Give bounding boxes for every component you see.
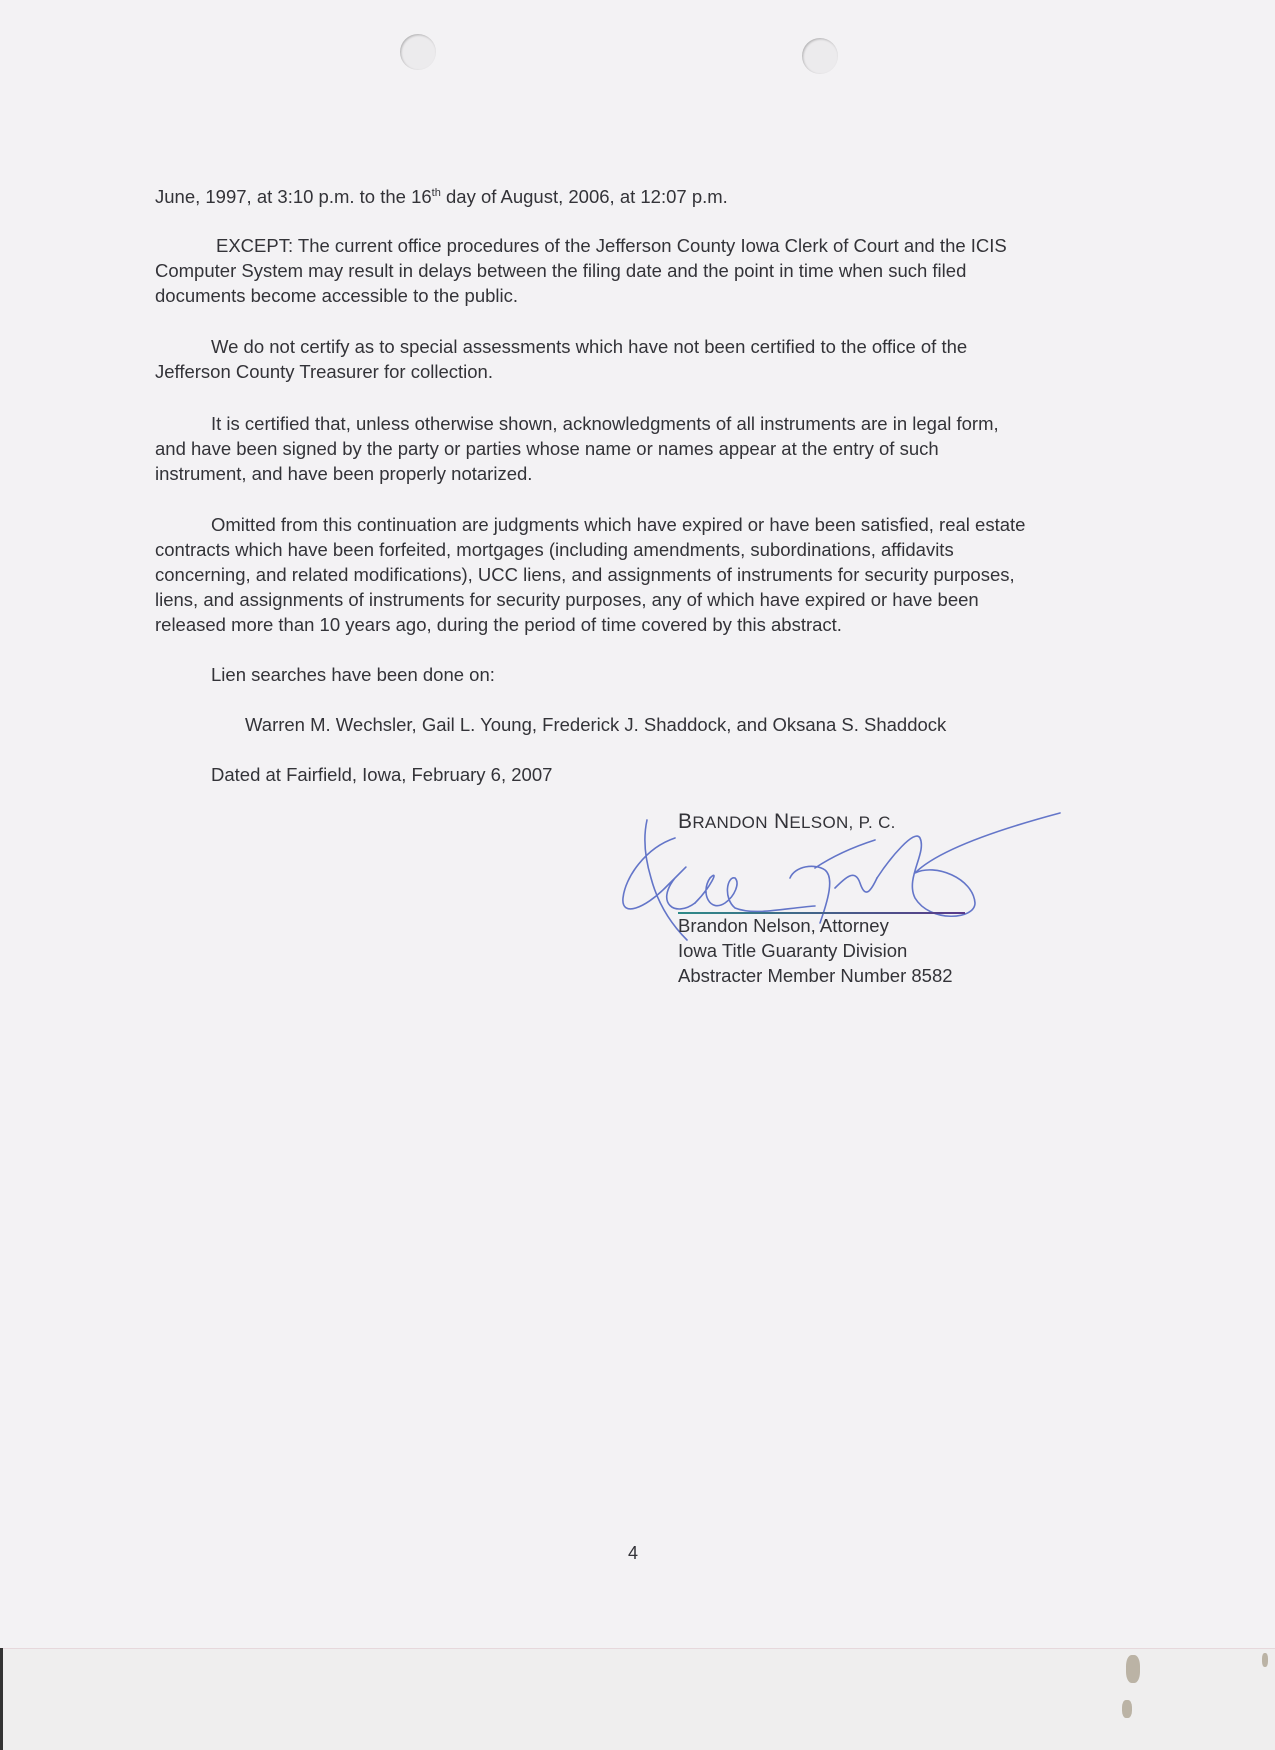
dated-line: Dated at Fairfield, Iowa, February 6, 20…: [211, 762, 552, 787]
paragraph-line: We do not certify as to special assessme…: [211, 336, 967, 357]
paragraph-line: documents become accessible to the publi…: [155, 283, 1007, 308]
abstracter-member-number: Abstracter Member Number 8582: [678, 963, 953, 988]
paragraph-line: contracts which have been forfeited, mor…: [155, 537, 1025, 562]
paragraph-line: and have been signed by the party or par…: [155, 436, 999, 461]
signer-name-title: Brandon Nelson, Attorney: [678, 913, 953, 938]
punch-hole-right: [802, 38, 838, 74]
signer-division: Iowa Title Guaranty Division: [678, 938, 953, 963]
lien-names: Warren M. Wechsler, Gail L. Young, Frede…: [245, 712, 946, 737]
except-paragraph: EXCEPT: The current office procedures of…: [155, 233, 1007, 308]
paragraph-line: It is certified that, unless otherwise s…: [211, 413, 999, 434]
signature-block: Brandon Nelson, Attorney Iowa Title Guar…: [678, 913, 953, 988]
paragraph-line: Computer System may result in delays bet…: [155, 258, 1007, 283]
scan-speck: [1122, 1700, 1132, 1718]
scanner-bed-strip: [0, 1648, 1275, 1750]
paragraph-line: EXCEPT: The current office procedures of…: [216, 235, 1007, 256]
acknowledgments-paragraph: It is certified that, unless otherwise s…: [155, 411, 999, 486]
paragraph-line: liens, and assignments of instruments fo…: [155, 587, 1025, 612]
scan-speck: [1126, 1655, 1140, 1683]
paragraph-line: released more than 10 years ago, during …: [155, 612, 1025, 637]
paragraph-line: Jefferson County Treasurer for collectio…: [155, 359, 967, 384]
punch-hole-left: [400, 34, 436, 70]
opening-line-part2: day of August, 2006, at 12:07 p.m.: [441, 186, 728, 207]
lien-searches-label: Lien searches have been done on:: [211, 662, 495, 687]
paragraph-line: instrument, and have been properly notar…: [155, 461, 999, 486]
opening-line: June, 1997, at 3:10 p.m. to the 16th day…: [155, 184, 728, 209]
omitted-paragraph: Omitted from this continuation are judgm…: [155, 512, 1025, 637]
page-number: 4: [628, 1543, 638, 1564]
special-assessments-paragraph: We do not certify as to special assessme…: [155, 334, 967, 384]
opening-line-part1: June, 1997, at 3:10 p.m. to the 16: [155, 186, 432, 207]
ordinal-suffix: th: [432, 187, 441, 199]
document-page: June, 1997, at 3:10 p.m. to the 16th day…: [0, 0, 1275, 1648]
scan-speck: [1262, 1653, 1268, 1667]
paragraph-line: concerning, and related modifications), …: [155, 562, 1025, 587]
scan-edge: [0, 1648, 3, 1750]
paragraph-line: Omitted from this continuation are judgm…: [211, 514, 1025, 535]
